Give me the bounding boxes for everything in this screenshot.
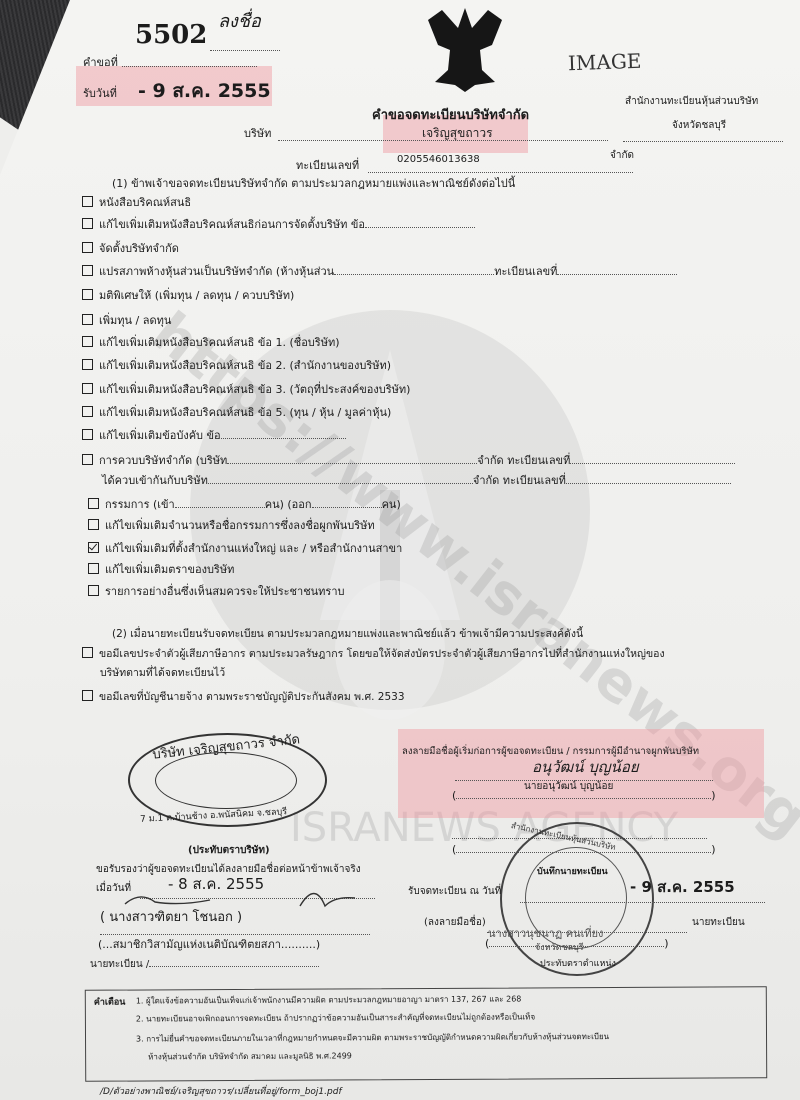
fill-in-field[interactable]: [570, 453, 735, 464]
footer-file-path: /D/ตัวอย่างพาณิชย์/เจริญสุขถาวร/เปลี่ยนท…: [100, 1084, 342, 1098]
garuda-emblem-icon: [420, 0, 510, 99]
received-date-label: รับวันที่: [83, 84, 117, 102]
note-1: 1. ผู้ใดแจ้งข้อความอันเป็นเท็จแก่เจ้าพนั…: [136, 993, 522, 1008]
checklist-item[interactable]: แก้ไขเพิ่มเติมข้อบังคับ ข้อ: [82, 426, 346, 444]
checklist-item[interactable]: มติพิเศษให้ (เพิ่มทุน / ลดทุน / ควบบริษั…: [82, 286, 294, 304]
fill-in-field[interactable]: [221, 428, 346, 439]
checkbox-icon[interactable]: [82, 314, 93, 325]
checklist-item[interactable]: กรรมการ (เข้าคน) (ออกคน): [88, 495, 401, 513]
note-2: 2. นายทะเบียนอาจเพิกถอนการจดทะเบียน ถ้าป…: [136, 1010, 535, 1025]
checklist-item[interactable]: แก้ไขเพิ่มเติมหนังสือบริคณห์สนธิก่อนการจ…: [82, 215, 475, 233]
checklist-item[interactable]: แก้ไขเพิ่มเติมจำนวนหรือชื่อกรรมการซึ่งลง…: [88, 516, 375, 534]
checkbox-icon[interactable]: [82, 218, 93, 229]
form-title: คำขอจดทะเบียนบริษัทจำกัด: [372, 104, 529, 125]
checked-box-icon[interactable]: [88, 542, 99, 553]
applicant-name-paren: (): [452, 788, 716, 802]
checklist-item: ได้ควบเข้ากันกับบริษัทจำกัด ทะเบียนเลขที…: [102, 471, 731, 489]
checkbox-icon[interactable]: [82, 383, 93, 394]
fill-in-field[interactable]: [175, 497, 265, 508]
checklist-item[interactable]: แก้ไขเพิ่มเติมหนังสือบริคณห์สนธิ ข้อ 1. …: [82, 333, 340, 351]
checklist-item[interactable]: แก้ไขเพิ่มเติมหนังสือบริคณห์สนธิ ข้อ 2. …: [82, 356, 391, 374]
office-line1: สำนักงานทะเบียนหุ้นส่วนบริษัท: [625, 94, 758, 109]
fill-in-field[interactable]: [334, 264, 494, 275]
checklist-item[interactable]: แก้ไขเพิ่มเติมหนังสือบริคณห์สนธิ ข้อ 5. …: [82, 403, 391, 421]
checkbox-icon[interactable]: [82, 265, 93, 276]
checkbox-tax-id[interactable]: ขอมีเลขประจำตัวผู้เสียภาษีอากร ตามประมวล…: [82, 645, 665, 662]
registrar-slash-label: นายทะเบียน /: [90, 956, 319, 972]
reg-no-label: ทะเบียนเลขที่: [296, 156, 359, 174]
checklist-item[interactable]: จัดตั้งบริษัทจำกัด: [82, 239, 179, 257]
fill-in-field[interactable]: [365, 217, 475, 228]
checklist-item[interactable]: หนังสือบริคณห์สนธิ: [82, 193, 191, 211]
fill-in-field[interactable]: [208, 473, 473, 484]
request-no-label: คำขอที่: [83, 53, 118, 71]
checkbox-icon[interactable]: [88, 498, 99, 509]
checkbox-icon[interactable]: [82, 242, 93, 253]
company-name-value: เจริญสุขถาวร: [422, 124, 493, 143]
image-stamp: IMAGE: [568, 49, 642, 76]
checklist-item[interactable]: รายการอย่างอื่นซึ่งเห็นสมควรจะให้ประชาชน…: [88, 582, 345, 600]
received-date-value: - 9 ส.ค. 2555: [138, 76, 271, 106]
registrar-received-value: - 9 ส.ค. 2555: [630, 875, 735, 899]
checkbox-icon[interactable]: [82, 429, 93, 440]
checklist-item[interactable]: แปรสภาพห้างหุ้นส่วนเป็นบริษัทจำกัด (ห้าง…: [82, 262, 677, 280]
note-3: 3. การไม่ยื่นคำขอจดทะเบียนภายในเวลาที่กฎ…: [136, 1030, 609, 1045]
checklist-item[interactable]: การควบบริษัทจำกัด (บริษัทจำกัด ทะเบียนเล…: [82, 451, 735, 469]
checkbox-icon[interactable]: [82, 406, 93, 417]
document-page: https://www.isranews.org ISRANEWS AGENCY…: [0, 0, 800, 1100]
checkbox-icon[interactable]: [82, 359, 93, 370]
position-caption: ประทับตราตำแหน่ง: [540, 956, 616, 970]
section2-intro: (2) เมื่อนายทะเบียนรับจดทะเบียน ตามประมว…: [112, 625, 583, 642]
fill-in-field[interactable]: [566, 473, 731, 484]
checklist-item[interactable]: แก้ไขเพิ่มเติมตราของบริษัท: [88, 560, 234, 578]
checkbox-icon[interactable]: [82, 336, 93, 347]
tax-id-line2: บริษัทตามที่ได้จดทะเบียนไว้: [100, 664, 225, 681]
checkbox-icon[interactable]: [82, 196, 93, 207]
notes-label: คำเตือน: [94, 995, 126, 1009]
request-number: 5502: [135, 20, 207, 50]
note-3-cont: ห้างหุ้นส่วนจำกัด บริษัทจำกัด สมาคม และม…: [148, 1049, 352, 1063]
checkbox-icon[interactable]: [88, 563, 99, 574]
checkbox-icon[interactable]: [82, 647, 93, 658]
checkbox-icon[interactable]: [82, 454, 93, 465]
checkbox-icon[interactable]: [88, 519, 99, 530]
registrar-sign-suffix: นายทะเบียน: [692, 915, 745, 930]
checklist-item[interactable]: แก้ไขเพิ่มเติมหนังสือบริคณห์สนธิ ข้อ 3. …: [82, 380, 410, 398]
checkbox-icon[interactable]: [82, 690, 93, 701]
checkbox-icon[interactable]: [88, 585, 99, 596]
witness-title: (...สมาชิกวิสามัญแห่งเนติบัณฑิตยสภา.....…: [98, 935, 320, 953]
company-seal-caption: (ประทับตราบริษัท): [188, 843, 270, 858]
fill-in-field[interactable]: [312, 497, 382, 508]
checklist-item[interactable]: แก้ไขเพิ่มเติมที่ตั้งสำนักงานแห่งใหญ่ แล…: [88, 539, 402, 557]
reg-no-value: 0205546013638: [397, 154, 480, 165]
registrar-sign-label: (ลงลายมือชื่อ): [424, 915, 486, 930]
request-number-handwritten: ลงชื่อ: [218, 6, 261, 35]
section1-intro: (1) ข้าพเจ้าขอจดทะเบียนบริษัทจำกัด ตามปร…: [112, 174, 515, 192]
company-label: บริษัท: [244, 124, 271, 142]
official-stamp-bottom: จังหวัดชลบุรี: [535, 940, 584, 954]
checkbox-icon[interactable]: [82, 289, 93, 300]
registrar-received-label: รับจดทะเบียน ณ วันที่: [408, 884, 501, 899]
applicant-signature: อนุวัฒน์ บุญน้อย: [532, 755, 639, 779]
checklist-item[interactable]: เพิ่มทุน / ลดทุน: [82, 311, 171, 329]
official-stamp-mid: บันทึกนายทะเบียน: [537, 864, 608, 878]
fill-in-field[interactable]: [227, 453, 477, 464]
checkbox-employer-account[interactable]: ขอมีเลขที่บัญชีนายจ้าง ตามพระราชบัญญัติป…: [82, 688, 405, 705]
fill-in-field[interactable]: [557, 264, 677, 275]
warning-notes-box: คำเตือน 1. ผู้ใดแจ้งข้อความอันเป็นเท็จแก…: [85, 986, 767, 1082]
